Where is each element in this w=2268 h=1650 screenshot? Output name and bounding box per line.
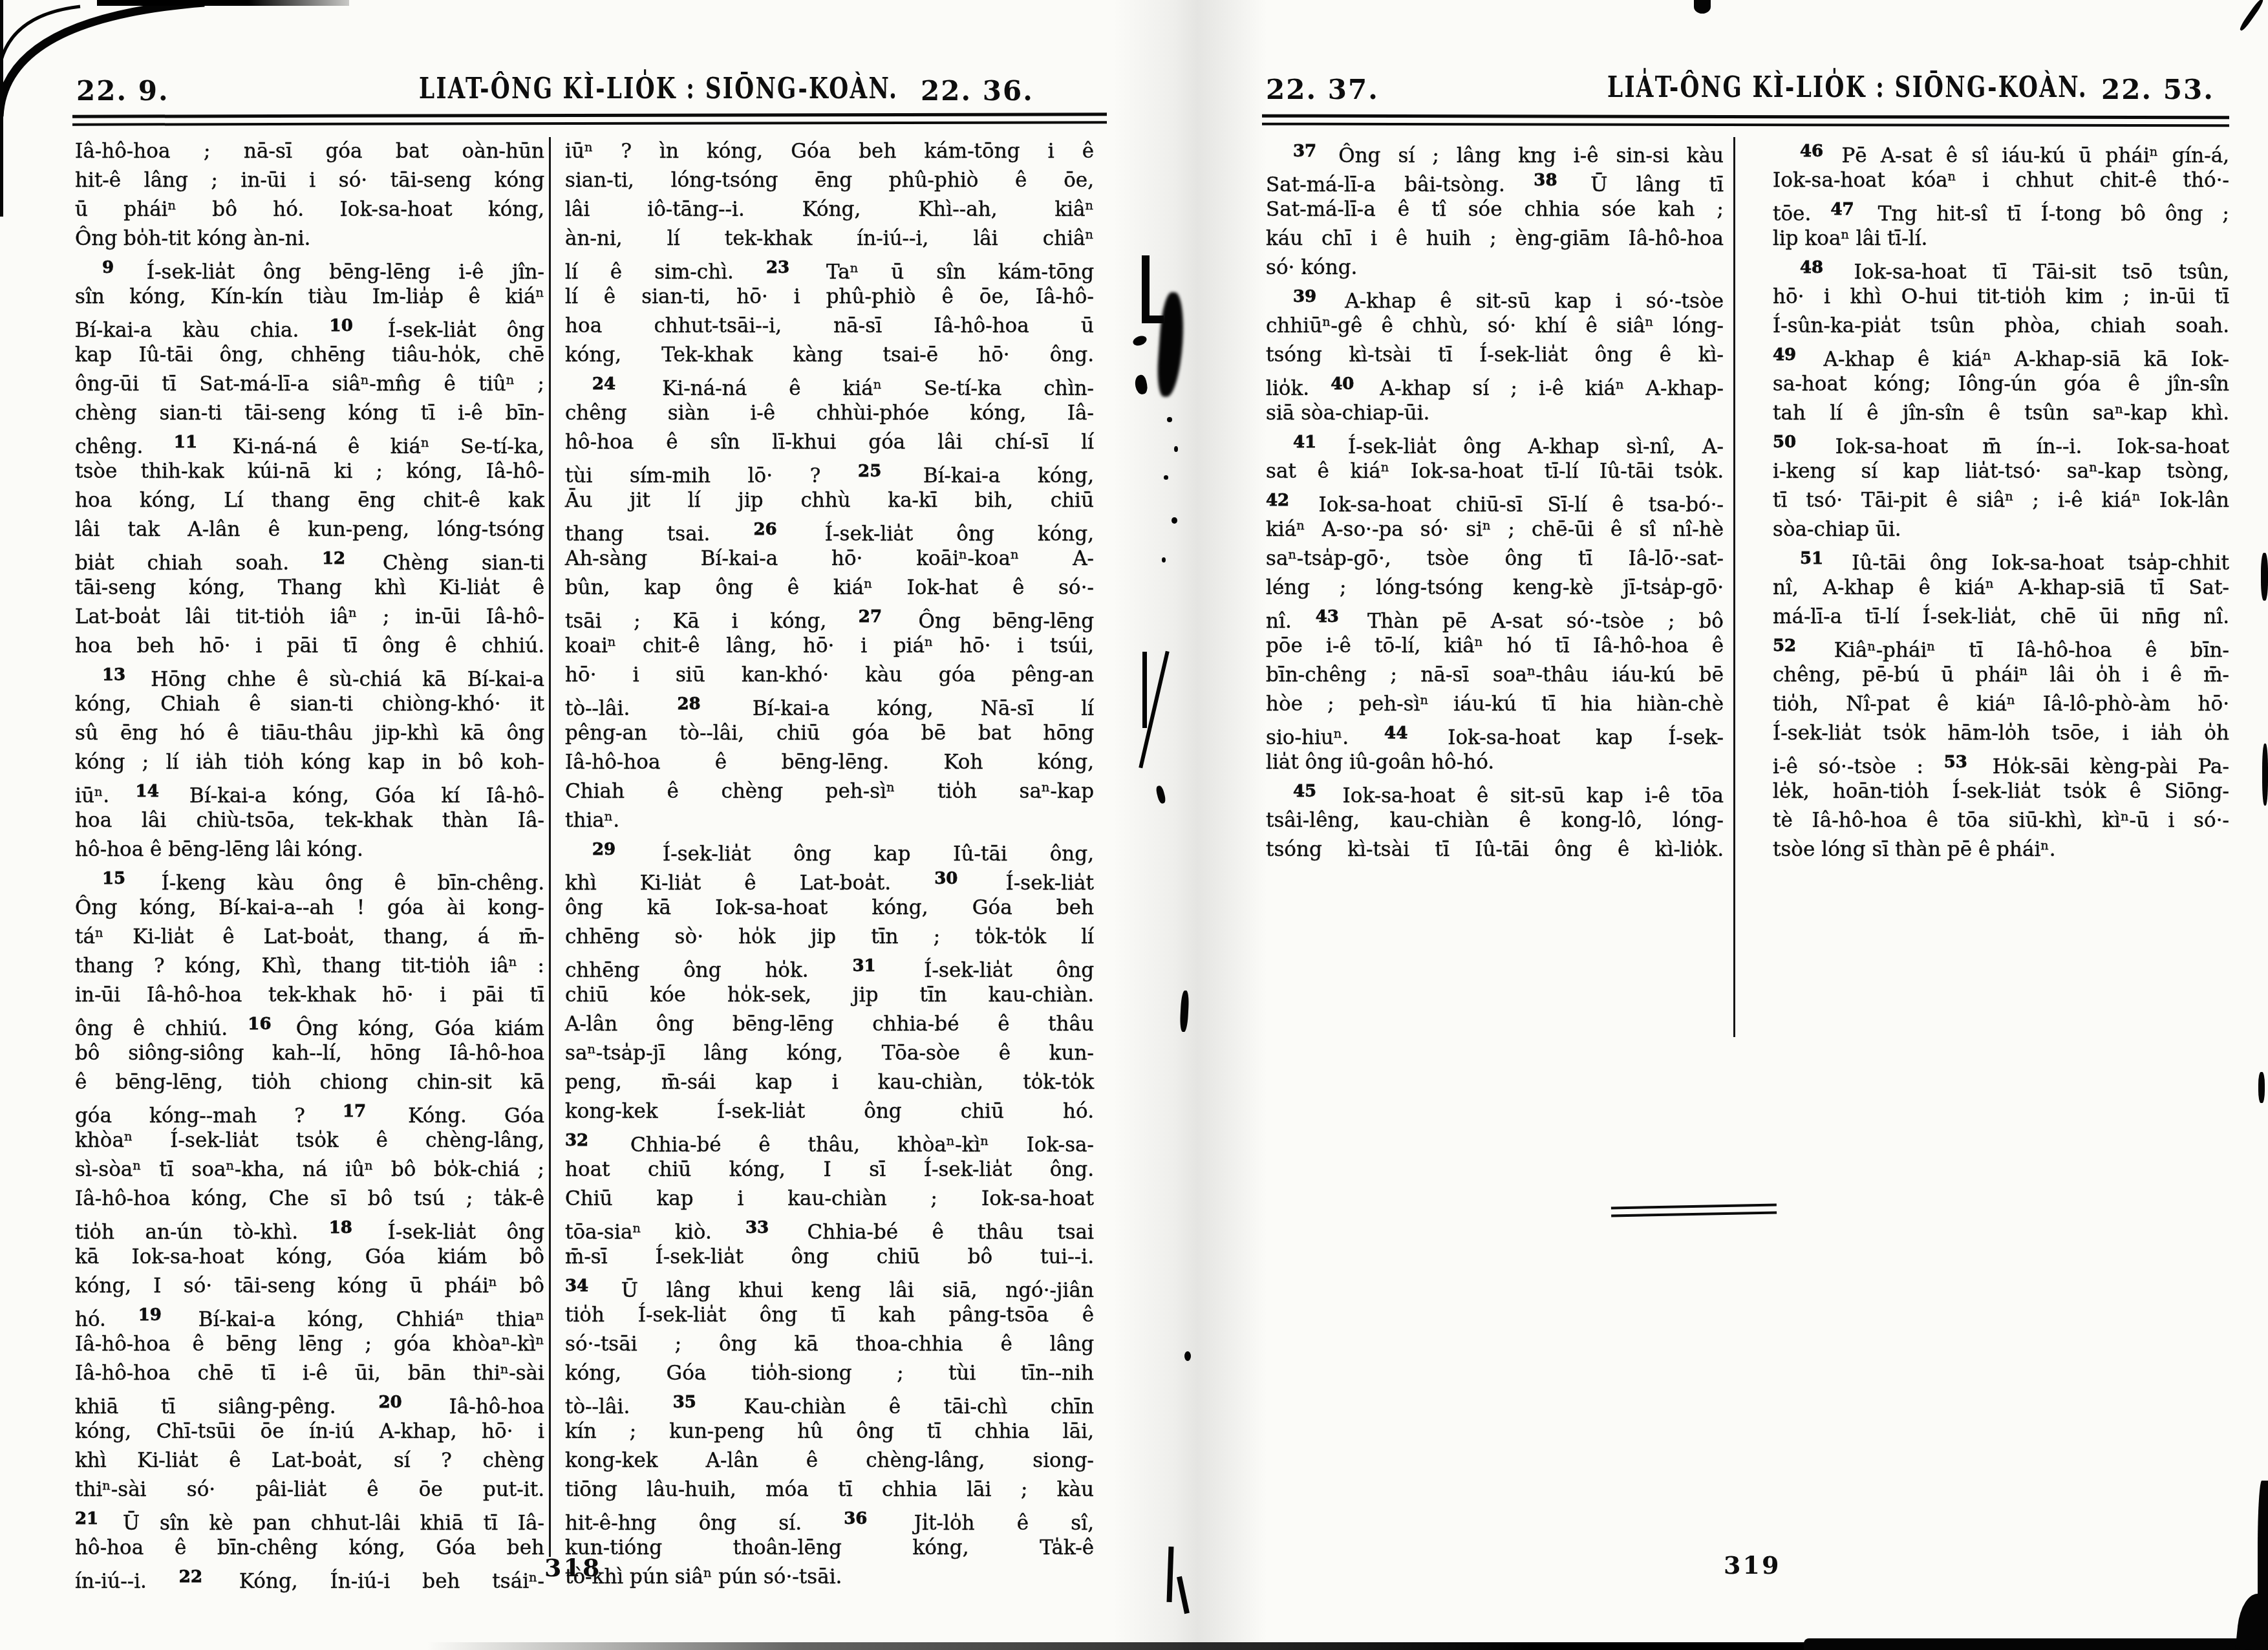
text-line: i-keng sí kap lia̍t-tsó· saⁿ-kap tsòng,	[1773, 457, 2229, 486]
text-line: tio̍h an-ún tò-khì. 18 Í-sek-lia̍t ông	[75, 1214, 544, 1243]
scan-edge-left-bar	[0, 0, 3, 217]
text-line: só· kóng.	[1266, 253, 1724, 283]
text-line: 39 A-khap ê sit-sū kap i só·-tsòe	[1266, 283, 1724, 312]
text-line: káu chī i ê huih ; èng-giām Iâ-hô-hoa	[1266, 224, 1724, 253]
text-line: Āu jit lí jip chhù ka-kī bih, chiū	[565, 486, 1094, 515]
verse-number: 39	[1293, 287, 1321, 306]
text-line: 42 Iok-sa-hoat chiū-sī Sī-lí ê tsa-bó·-	[1266, 486, 1724, 515]
text-line: khì Ki-lia̍t ê Lat-boa̍t, sí ? chèng	[75, 1446, 544, 1475]
verse-number: 48	[1800, 258, 1828, 277]
text-line: kap Iû-tāi ông, chhēng tiâu-ho̍k, chē	[75, 341, 544, 370]
left-page-column-2: iūⁿ ? ìn kóng, Góa beh kám-tōng i êsian-…	[565, 137, 1094, 1592]
text-line: lip koaⁿ lâi tī-lí.	[1773, 224, 2229, 253]
gutter-speck-2	[1174, 446, 1178, 452]
text-line: koaiⁿ chit-ê lâng, hō· i piáⁿ hō· i tsúi…	[565, 632, 1094, 661]
text-line: 51 Iû-tāi ông Iok-sa-hoat tsa̍p-chhit	[1773, 544, 2229, 573]
text-line: 48 Iok-sa-hoat tī Tāi-sit tsō tsûn,	[1773, 253, 2229, 283]
verse-number: 18	[329, 1218, 357, 1237]
verse-number: 14	[136, 782, 164, 801]
text-line: m̄-sī Í-sek-lia̍t ông chiū bô tui--i.	[565, 1243, 1094, 1272]
verse-number: 33	[745, 1218, 773, 1237]
text-line: A-lân ông bēng-lēng chhia-bé ê thâu	[565, 1010, 1094, 1039]
text-line: ín-iú--i. 22 Kóng, Ín-iú-i beh tsáiⁿ-	[75, 1563, 544, 1592]
text-line: thang tsai. 26 Í-sek-lia̍t ông kóng,	[565, 515, 1094, 544]
text-line: tò--lâi. 28 Bí-kai-a kóng, Nā-sī lí	[565, 690, 1094, 719]
verse-number: 49	[1773, 345, 1801, 365]
text-line: lâi tak A-lân ê kun-peng, lóng-tsóng	[75, 515, 544, 544]
verse-number: 43	[1316, 607, 1343, 627]
verse-number: 31	[852, 956, 880, 976]
text-line: sian-ti, lóng-tsóng ēng phû-phiò ê ōe,	[565, 166, 1094, 195]
text-line: lâi iô-tāng--i. Kóng, Khì--ah, kiâⁿ	[565, 195, 1094, 224]
right-page-header-end-ref: 22. 53.	[2101, 74, 2214, 105]
text-line: tò-khì pún siâⁿ pún só·-tsāi.	[565, 1563, 1094, 1592]
text-line: kong-kek Í-sek-lia̍t ông chiū hó.	[565, 1097, 1094, 1126]
text-line: khòaⁿ Í-sek-lia̍t tso̍k ê chèng-lâng,	[75, 1126, 544, 1155]
gutter-shadow	[1112, 0, 1267, 1650]
text-line: Í-sûn-ka-pia̍t tsûn phòa, chiah soah.	[1773, 312, 2229, 341]
text-line: Chiū kap i kau-chiàn ; Iok-sa-hoat	[565, 1184, 1094, 1214]
text-line: chhiūⁿ-gê ê chhù, só· khí ê siâⁿ lóng-	[1266, 312, 1724, 341]
verse-number: 28	[678, 694, 705, 714]
text-line: kóng ; lí ia̍h tio̍h kóng kap in bô koh-	[75, 748, 544, 777]
text-line: hit-ê lâng ; in-ūi i só· tāi-seng kóng	[75, 166, 544, 195]
text-line: iūⁿ. 14 Bí-kai-a kóng, Góa kí Iâ-hô-	[75, 777, 544, 806]
text-line: hô-hoa ê bēng-lēng lâi kóng.	[75, 835, 544, 864]
verse-number: 38	[1534, 171, 1561, 190]
text-line: nî. 43 Thàn pē A-sat só·-tsòe ; bô	[1266, 603, 1724, 632]
text-line: hit-ê-hng ông sí. 36 Ji̍t-lo̍h ê sî,	[565, 1505, 1094, 1534]
verse-number: 20	[379, 1393, 407, 1412]
text-line: 49 A-khap ê kiáⁿ A-khap-siā kā Iok-	[1773, 341, 2229, 370]
text-line: khì Ki-lia̍t ê Lat-boa̍t. 30 Í-sek-lia̍t	[565, 864, 1094, 894]
text-line: kong-kek A-lân ê chèng-lâng, siong-	[565, 1446, 1094, 1475]
text-line: 9 Í-sek-lia̍t ông bēng-lēng i-ê jîn-	[75, 253, 544, 283]
verse-number: 11	[174, 433, 202, 452]
text-line: hoa beh hō· i pāi tī ông ê chhiú.	[75, 632, 544, 661]
right-column-divider	[1733, 137, 1735, 1037]
text-line: Sat-má-lī-a ê tî sóe chhia sóe kah ;	[1266, 195, 1724, 224]
text-line: sû ēng hó ê tiāu-thâu jip-khì kā ông	[75, 719, 544, 748]
text-line: Lat-boa̍t lâi tit-tio̍h iâⁿ ; in-ūi Iâ-h…	[75, 603, 544, 632]
text-line: chèng sian-ti tāi-seng kóng tī i-ê bīn-	[75, 399, 544, 428]
text-line: tsòe lóng sī thàn pē ê pháiⁿ.	[1773, 835, 2229, 864]
left-page-number: 318	[544, 1553, 601, 1582]
text-line: 41 Í-sek-lia̍t ông A-khap sì-nî, A-	[1266, 428, 1724, 457]
verse-number: 10	[330, 316, 358, 336]
text-line: Iâ-hô-hoa ê bēng lēng ; góa khòaⁿ-kìⁿ	[75, 1330, 544, 1359]
verse-number: 26	[754, 520, 782, 539]
text-line: kín ; kun-peng hû ông tī chhia lāi,	[565, 1417, 1094, 1446]
text-line: hô-hoa ê sîn lī-khui góa lâi chí-sī lí	[565, 428, 1094, 457]
verse-number: 16	[248, 1014, 275, 1034]
text-line: sio-hiuⁿ. 44 Iok-sa-hoat kap Í-sek-	[1266, 719, 1724, 748]
text-line: iūⁿ ? ìn kóng, Góa beh kám-tōng i ê	[565, 137, 1094, 166]
gutter-vertical-line	[1142, 652, 1147, 728]
text-line: pêng-an tò--lâi, chiū góa bē bat hōng	[565, 719, 1094, 748]
verse-number: 29	[592, 840, 620, 859]
text-line: lia̍t ông iû-goân hô-hó.	[1266, 748, 1724, 777]
text-line: hoa kóng, Lí thang ēng chit-ê kak	[75, 486, 544, 515]
text-line: sat ê kiáⁿ Iok-sa-hoat tī-lí Iû-tāi tso̍…	[1266, 457, 1724, 486]
text-line: tsóng kì-tsài tī Iû-tāi ông ê kì-lio̍k.	[1266, 835, 1724, 864]
text-line: tùi sím-mih lō· ? 25 Bí-kai-a kóng,	[565, 457, 1094, 486]
text-line: Ông kóng, Bí-kai-a--ah ! góa ài kong-	[75, 894, 544, 923]
text-line: hòe ; peh-sìⁿ iáu-kú tī hia hiàn-chè	[1266, 690, 1724, 719]
text-line: má-lī-a tī-lí Í-sek-lia̍t, chē ūi nn̄g n…	[1773, 603, 2229, 632]
text-line: Iâ-hô-hoa ; nā-sī góa bat oàn-hūn	[75, 137, 544, 166]
right-page-header-start-ref: 22. 37.	[1266, 74, 1379, 105]
verse-number: 25	[858, 462, 886, 481]
text-line: 29 Í-sek-lia̍t ông kap Iû-tāi ông,	[565, 835, 1094, 864]
verse-number: 23	[766, 258, 794, 277]
text-line: hoa chhut-tsāi--i, nā-sī Iâ-hô-hoa ū	[565, 312, 1094, 341]
text-line: Iâ-hô-hoa chē tī i-ê ūi, bān thiⁿ-sài	[75, 1359, 544, 1388]
text-line: Ông bo̍h-tit kóng àn-ni.	[75, 224, 544, 253]
text-line: bia̍t chiah soah. 12 Chèng sian-ti	[75, 544, 544, 573]
text-line: Iâ-hô-hoa ê bēng-lēng. Koh kóng,	[565, 748, 1094, 777]
verse-number: 30	[934, 869, 962, 888]
verse-number: 40	[1331, 374, 1358, 394]
text-line: àn-ni, lí tek-khak ín-iú--i, lâi chiâⁿ	[565, 224, 1094, 253]
right-edge-mark-2	[2262, 744, 2268, 806]
verse-number: 52	[1773, 636, 1801, 656]
text-line: 37 Ông sí ; lâng kng i-ê sin-si kàu	[1266, 137, 1724, 166]
verse-number: 53	[1944, 753, 1972, 772]
left-page-column-1: Iâ-hô-hoa ; nā-sī góa bat oàn-hūnhit-ê l…	[75, 137, 544, 1592]
verse-number: 51	[1800, 549, 1828, 568]
text-line: tsāi ; Kā i kóng, 27 Ông bēng-lēng	[565, 603, 1094, 632]
text-line: thiaⁿ.	[565, 806, 1094, 835]
text-line: pōe i-ê tō-lí, kiâⁿ hó tī Iâ-hô-hoa ê	[1266, 632, 1724, 661]
verse-number: 47	[1830, 200, 1858, 219]
text-line: bûn, kap ông ê kiáⁿ Iok-hat ê só·-	[565, 573, 1094, 603]
gutter-speck-3	[1164, 475, 1168, 480]
verse-number: 17	[343, 1102, 370, 1121]
text-line: léng ; lóng-tsóng keng-kè jī-tsa̍p-gō·	[1266, 573, 1724, 603]
text-line: chêng siàn i-ê chhùi-phóe kóng, Iâ-	[565, 399, 1094, 428]
verse-number: 21	[75, 1509, 103, 1528]
text-line: sì-sòaⁿ tī soaⁿ-kha, ná iûⁿ bô bo̍k-chiá…	[75, 1155, 544, 1184]
text-line: tsâi-lêng, kau-chiàn ê kong-lô, lóng-	[1266, 806, 1724, 835]
verse-number: 42	[1266, 491, 1294, 510]
text-line: só·-tsāi ; ông kā thoa-chhia ê lâng	[565, 1330, 1094, 1359]
verse-number: 50	[1773, 433, 1801, 452]
text-line: saⁿ-tsa̍p-gō·, tsòe ông tī Iâ-lō·-sat-	[1266, 544, 1724, 573]
text-line: tsòe thih-kak kúi-nā ki ; kóng, Iâ-hô-	[75, 457, 544, 486]
right-edge-mark-1	[2261, 553, 2268, 601]
text-line: kóng, Góa tio̍h-siong ; tùi tīn--nih	[565, 1359, 1094, 1388]
verse-number: 19	[138, 1305, 166, 1325]
verse-number: 41	[1293, 433, 1321, 452]
verse-number: 24	[592, 374, 620, 394]
left-header-rule	[72, 112, 1107, 125]
text-line: ê bēng-lēng, tio̍h chiong chin-sit kā	[75, 1068, 544, 1097]
text-line: 52 Kiâⁿ-pháiⁿ tī Iâ-hô-hoa ê bīn-	[1773, 632, 2229, 661]
verse-number: 46	[1800, 142, 1828, 161]
verse-number: 22	[179, 1567, 207, 1587]
text-line: bô siông-siông kah--lí, hōng Iâ-hô-hoa	[75, 1039, 544, 1068]
text-line: Ah-sàng Bí-kai-a hō· koāiⁿ-koaⁿ A-	[565, 544, 1094, 573]
right-page-column-1: 37 Ông sí ; lâng kng i-ê sin-si kàuSat-m…	[1266, 137, 1724, 864]
text-line: kóng, Chī-tsūi ōe ín-iú A-khap, hō· i	[75, 1417, 544, 1446]
text-line: 21 Ū sîn kè pan chhut-lâi khiā tī Iâ-	[75, 1505, 544, 1534]
verse-number: 45	[1293, 782, 1321, 801]
verse-number: 15	[102, 869, 130, 888]
text-line: hô-hoa ê bīn-chêng kóng, Góa beh	[75, 1534, 544, 1563]
text-line: hoat chiū kóng, I sī Í-sek-lia̍t ông.	[565, 1155, 1094, 1184]
text-line: in-ūi Iâ-hô-hoa tek-khak hō· i pāi tī	[75, 981, 544, 1010]
text-line: hoa lâi chiù-tsōa, tek-khak thàn Iâ-	[75, 806, 544, 835]
text-line: 24 Ki-ná-ná ê kiáⁿ Se-tí-ka chìn-	[565, 370, 1094, 399]
text-line: kiáⁿ A-so·-pa só· siⁿ ; chē-ūi ê sî nî-h…	[1266, 515, 1724, 544]
text-line: thang ? kóng, Khì, thang tit-tio̍h iâⁿ :	[75, 952, 544, 981]
text-line: kóng, I só· tāi-seng kóng ū pháiⁿ bô	[75, 1272, 544, 1301]
text-line: Í-sek-lia̍t tso̍k hām-lo̍h tsōe, i ia̍h …	[1773, 719, 2229, 748]
text-line: 34 Ū lâng khui keng lâi siā, ngó·-jiân	[565, 1272, 1094, 1301]
right-header-rule	[1262, 114, 2229, 127]
gutter-mark-low-3	[1184, 1351, 1191, 1361]
section-end-rule	[1611, 1204, 1777, 1217]
text-line: kun-tióng thoân-lēng kóng, Ta̍k-ê	[565, 1534, 1094, 1563]
ink-blob-top-right	[1694, 0, 1711, 14]
text-line: 32 Chhia-bé ê thâu, khòaⁿ-kìⁿ Iok-sa-	[565, 1126, 1094, 1155]
scan-edge-top-right-corner	[2238, 0, 2265, 32]
text-line: kā Iok-sa-hoat kóng, Góa kiám bô	[75, 1243, 544, 1272]
text-line: hō· i khì O-hui tit-tio̍h kim ; in-ūi tī	[1773, 283, 2229, 312]
text-line: tio̍h Í-sek-lia̍t ông tī kah pâng-tsōa ê	[565, 1301, 1094, 1330]
scan-edge-bottom-right	[1804, 1638, 2268, 1650]
verse-number: 36	[844, 1509, 872, 1528]
text-line: tī tsó· Tāi-pit ê siâⁿ ; i-ê kiáⁿ Iok-lâ…	[1773, 486, 2229, 515]
text-line: Iâ-hô-hoa kóng, Che sī bô tsú ; ta̍k-ê	[75, 1184, 544, 1214]
text-line: Iok-sa-hoat kóaⁿ i chhut chit-ê thó·-	[1773, 166, 2229, 195]
scan-edge-top-left-arc	[0, 0, 217, 119]
text-line: thiⁿ-sài só· pâi-lia̍t ê ōe put-it.	[75, 1475, 544, 1505]
text-line: chhēng sò· ho̍k jip tīn ; to̍k-to̍k lí	[565, 923, 1094, 952]
text-line: lí ê sian-ti, hō· i phû-phiò ê ōe, Iâ-hô…	[565, 283, 1094, 312]
text-line: i-ê só·-tsòe : 53 Ho̍k-sāi kèng-pài Pa-	[1773, 748, 2229, 777]
text-line: le̍k, hoān-tio̍h Í-sek-lia̍t tso̍k ê Siō…	[1773, 777, 2229, 806]
text-line: táⁿ Ki-lia̍t ê Lat-boa̍t, thang, á m̄-	[75, 923, 544, 952]
text-line: peng, m̄-sái kap i kau-chiàn, to̍k-to̍k	[565, 1068, 1094, 1097]
text-line: ông kā Iok-sa-hoat kóng, Góa beh	[565, 894, 1094, 923]
text-line: khiā tī siâng-pêng. 20 Iâ-hô-hoa	[75, 1388, 544, 1417]
text-line: sa-hoat kóng; Iông-ún góa ê jîn-sîn	[1773, 370, 2229, 399]
text-line: sîn kóng, Kín-kín tiàu Im-lia̍p ê kiáⁿ	[75, 283, 544, 312]
text-line: tio̍h, Nî-pat ê kiáⁿ Iâ-lô-phò-àm hō·	[1773, 690, 2229, 719]
verse-number: 35	[673, 1393, 701, 1412]
left-column-divider	[549, 137, 551, 1557]
gutter-speck-5	[1162, 557, 1166, 562]
text-line: tōe. 47 Tng hit-sî tī Í-tong bô ông ;	[1773, 195, 2229, 224]
text-line: tsóng kì-tsài tī Í-sek-lia̍t ông ê kì-	[1266, 341, 1724, 370]
gutter-speck-1	[1167, 417, 1172, 422]
text-line: sòa-chiap ūi.	[1773, 515, 2229, 544]
text-line: saⁿ-tsa̍p-jī lâng kóng, Tōa-sòe ê kun-	[565, 1039, 1094, 1068]
text-line: tiōng lâu-huih, móa tī chhia lāi ; kàu	[565, 1475, 1094, 1505]
text-line: chhēng ông ho̍k. 31 Í-sek-lia̍t ông	[565, 952, 1094, 981]
verse-number: 32	[565, 1131, 593, 1150]
text-line: lí ê sim-chì. 23 Taⁿ ū sîn kám-tōng	[565, 253, 1094, 283]
verse-number: 13	[102, 665, 130, 685]
left-page-header-end-ref: 22. 36.	[921, 75, 1034, 107]
text-line: tōa-siaⁿ kiò. 33 Chhia-bé ê thâu tsai	[565, 1214, 1094, 1243]
verse-number: 27	[859, 607, 886, 627]
text-line: Sat-má-lī-a bâi-tsòng. 38 Ū lâng tī	[1266, 166, 1724, 195]
text-line: 50 Iok-sa-hoat m̄ ín--i. Iok-sa-hoat	[1773, 428, 2229, 457]
right-page-running-title: LIA̍T-ÔNG KÌ-LIO̍K : SIŌNG-KOÀN.	[1607, 71, 2088, 104]
text-line: ông-ūi tī Sat-má-lī-a siâⁿ-mn̂g ê tiûⁿ ;	[75, 370, 544, 399]
text-line: ū pháiⁿ bô hó. Iok-sa-hoat kóng,	[75, 195, 544, 224]
left-page-running-title: LIAT-ÔNG KÌ-LIO̍K : SIŌNG-KOÀN.	[419, 72, 898, 105]
text-line: hó. 19 Bí-kai-a kóng, Chhiáⁿ thiaⁿ	[75, 1301, 544, 1330]
text-line: 45 Iok-sa-hoat ê sit-sū kap i-ê tōa	[1266, 777, 1724, 806]
text-line: tè Iâ-hô-hoa ê tōa siū-khì, kìⁿ-ū i só·-	[1773, 806, 2229, 835]
text-line: nî, A-khap ê kiáⁿ A-khap-siā tī Sat-	[1773, 573, 2229, 603]
text-line: ông ê chhiú. 16 Ông kóng, Góa kiám	[75, 1010, 544, 1039]
text-line: 46 Pē A-sat ê sî iáu-kú ū pháiⁿ gín-á,	[1773, 137, 2229, 166]
text-line: lio̍k. 40 A-khap sí ; i-ê kiáⁿ A-khap-	[1266, 370, 1724, 399]
text-line: kóng, Chiah ê sian-ti chiòng-khó· it	[75, 690, 544, 719]
text-line: siā sòa-chiap-ūi.	[1266, 399, 1724, 428]
text-line: kóng, Tek-khak kàng tsai-ē hō· ông.	[565, 341, 1094, 370]
text-line: tāi-seng kóng, Thang khì Ki-lia̍t ê	[75, 573, 544, 603]
text-line: 15 Í-keng kàu ông ê bīn-chêng.	[75, 864, 544, 894]
text-line: Chiah ê chèng peh-sìⁿ tio̍h saⁿ-kap	[565, 777, 1094, 806]
text-line: chêng. 11 Ki-ná-ná ê kiáⁿ Se-tí-ka,	[75, 428, 544, 457]
book-spread: 22. 9. LIAT-ÔNG KÌ-LIO̍K : SIŌNG-KOÀN. 2…	[0, 0, 2268, 1650]
text-line: chêng, pē-bú ū pháiⁿ lâi o̍h i ê m̄-	[1773, 661, 2229, 690]
text-line: tò--lâi. 35 Kau-chiàn ê tāi-chì chīn	[565, 1388, 1094, 1417]
right-page-number: 319	[1724, 1550, 1781, 1580]
scan-edge-top-bar	[97, 0, 349, 6]
bottom-right-corner-wedge	[2236, 1592, 2268, 1650]
gutter-speck-4	[1171, 517, 1177, 524]
verse-number: 44	[1384, 723, 1412, 743]
text-line: tah lí ê jîn-sîn ê tsûn saⁿ-kap khì.	[1773, 399, 2229, 428]
text-line: chiū kóe ho̍k-sek, jip tīn kau-chiàn.	[565, 981, 1094, 1010]
verse-number: 34	[565, 1276, 593, 1296]
text-line: bīn-chêng ; nā-sī soaⁿ-thâu iáu-kú bē	[1266, 661, 1724, 690]
gutter-smudge-bar	[1142, 255, 1150, 323]
verse-number: 12	[322, 549, 350, 568]
text-line: góa kóng--mah ? 17 Kóng. Góa	[75, 1097, 544, 1126]
verse-number: 37	[1293, 142, 1321, 161]
text-line: hō· i siū kan-khó· kàu góa pêng-an	[565, 661, 1094, 690]
verse-number: 9	[102, 258, 118, 277]
right-page-column-2: 46 Pē A-sat ê sî iáu-kú ū pháiⁿ gín-á,Io…	[1773, 137, 2229, 864]
right-edge-mark-3	[2258, 1072, 2265, 1103]
text-line: Bí-kai-a kàu chia. 10 Í-sek-lia̍t ông	[75, 312, 544, 341]
text-line: 13 Hōng chhe ê sù-chiá kā Bí-kai-a	[75, 661, 544, 690]
